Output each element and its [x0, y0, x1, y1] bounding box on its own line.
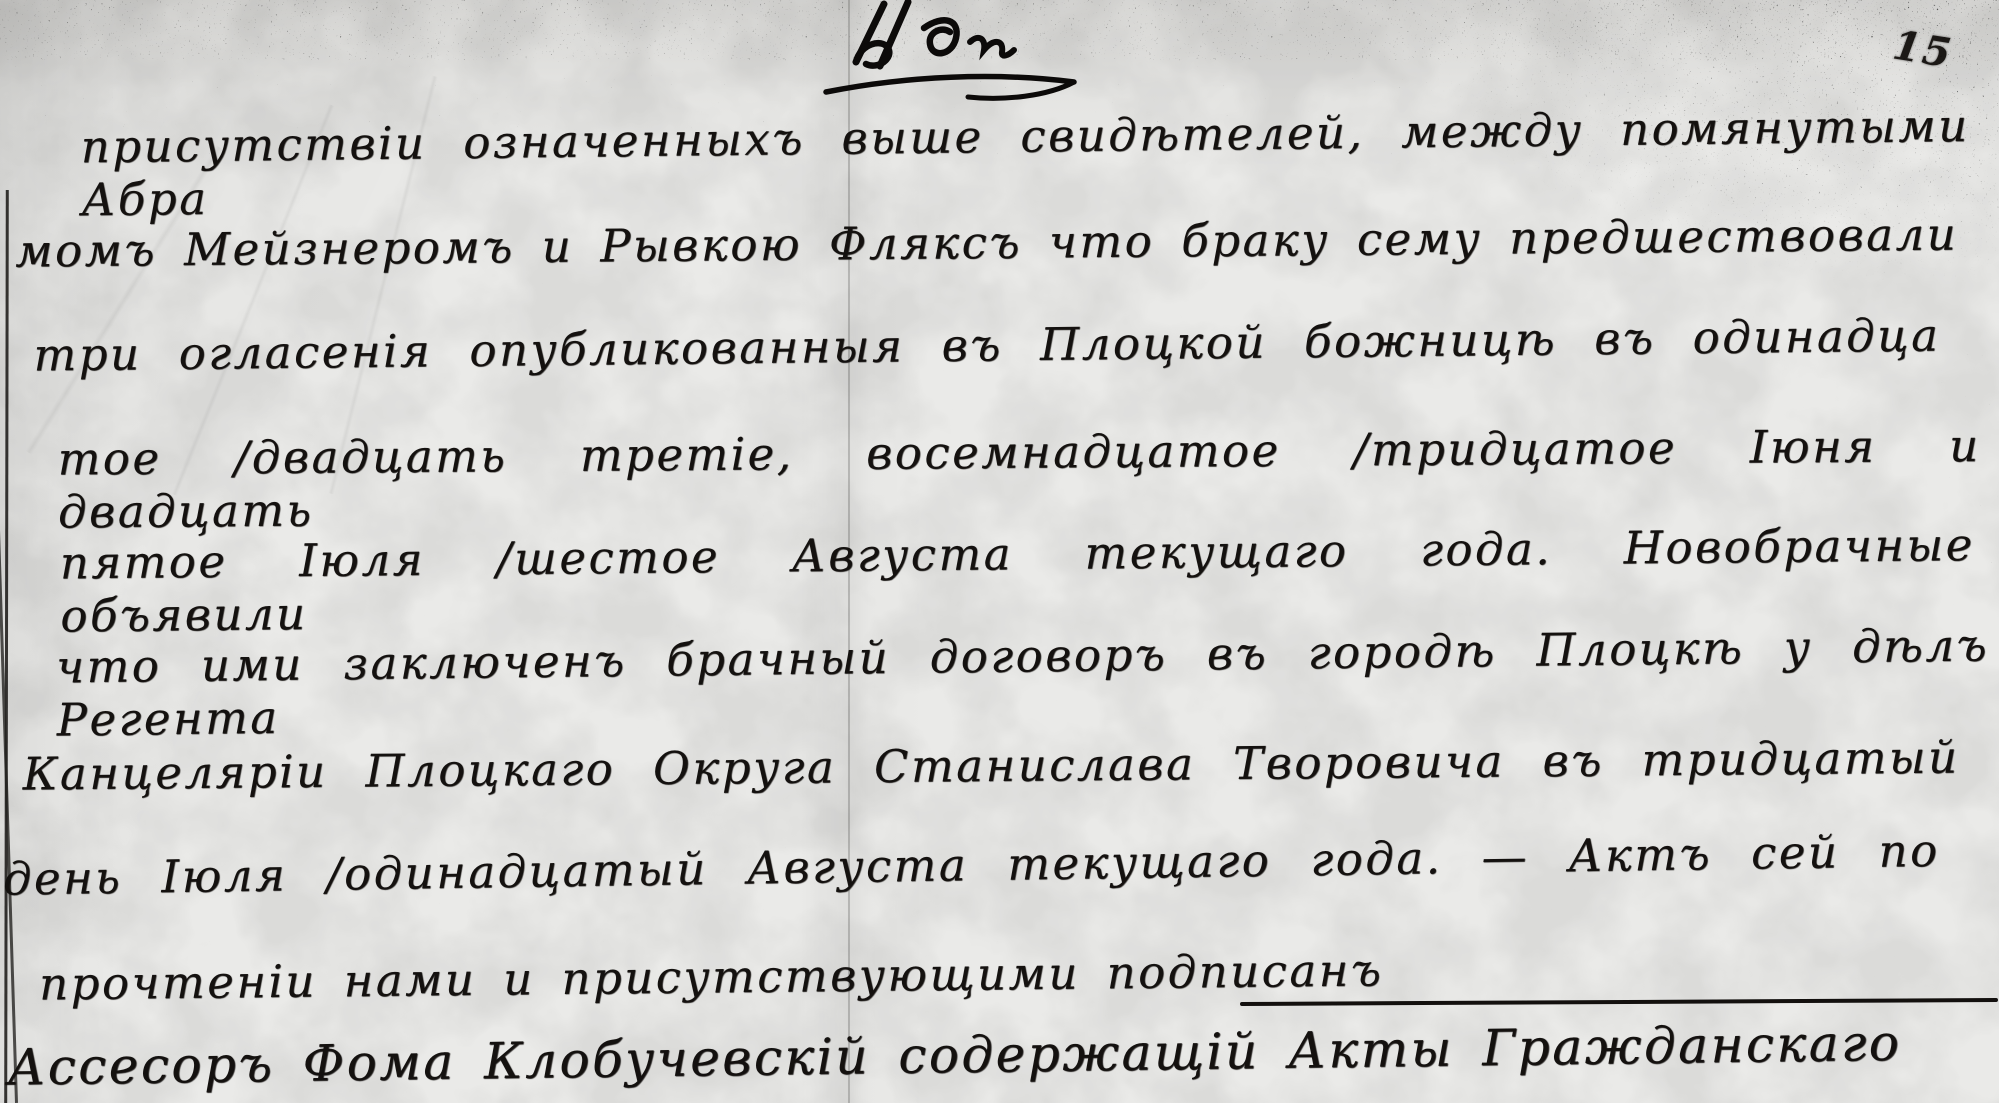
handwritten-text-block: присутствіи означенныхъ выше свидѣтелей,…	[0, 0, 1999, 1103]
handwritten-line-3: три огласенія опубликованныя въ Плоцкой …	[33, 309, 1940, 382]
handwritten-line-6: что ими заключенъ брачный договоръ въ го…	[56, 619, 1990, 747]
handwritten-line-10: Ассесоръ Фома Клобучевскій содержащій Ак…	[7, 1014, 1902, 1097]
scanned-document-page: 15 присутствіи означенныхъ выше свидѣтел…	[0, 0, 1999, 1103]
handwritten-line-1: присутствіи означенныхъ выше свидѣтелей,…	[80, 99, 1970, 226]
handwritten-line-9: прочтеніи нами и присутствующими подписа…	[39, 943, 1384, 1010]
handwritten-line-8: день Іюля /одинадцатый Августа текущаго …	[2, 824, 1940, 906]
